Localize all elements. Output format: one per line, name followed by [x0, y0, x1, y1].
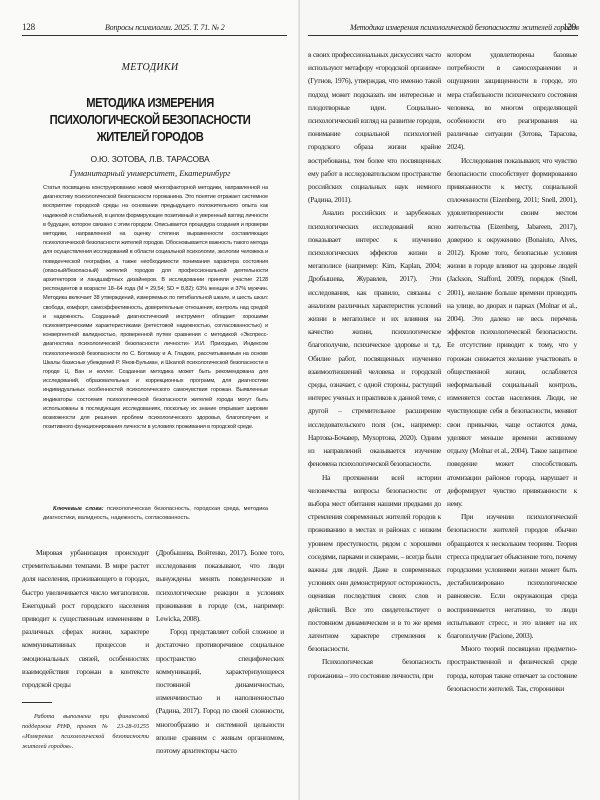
article-running-title: Методика измерения психологической безоп… [350, 23, 579, 32]
affiliation: Гуманитарный университет, Екатеринбург [0, 168, 300, 178]
page-number: 129 [563, 22, 576, 32]
footnote: Работа выполнена при финансовой поддержк… [22, 712, 149, 752]
paragraph: Исследования показывают, что чувство без… [447, 154, 577, 510]
keywords-label: Ключевые слова: [53, 506, 104, 512]
abstract: Статья посвящена конструированию новой м… [43, 184, 268, 432]
left-page: 128 Вопросы психологии. 2025. Т. 71. № 2… [0, 0, 300, 800]
running-head-right: Методика измерения психологической безоп… [308, 22, 578, 36]
paragraph: Анализ российских и зарубежных психологи… [308, 206, 441, 470]
article-title: МЕТОДИКА ИЗМЕРЕНИЯ ПСИХОЛОГИЧЕСКОЙ БЕЗОП… [38, 94, 262, 145]
authors: О.Ю. ЗОТОВА, Л.В. ТАРАСОВА [0, 154, 300, 164]
paragraph: Психологическая безопасность горожанина … [308, 655, 441, 681]
body-column-4: котором удовлетворены базовые потребност… [447, 48, 577, 695]
body-column-1: Мировая урбанизация происходит стремител… [22, 546, 149, 691]
paragraph: При изучении психологической безопасност… [447, 510, 577, 642]
paragraph: Город представляет собой сложное и доста… [156, 625, 284, 757]
running-head-left: 128 Вопросы психологии. 2025. Т. 71. № 2 [22, 22, 287, 36]
page-number: 128 [22, 22, 35, 32]
keywords: Ключевые слова: психологическая безопасн… [43, 505, 268, 523]
paragraph: Мировая урбанизация происходит стремител… [22, 546, 149, 691]
paragraph: в своих профессиональных дискуссиях част… [308, 48, 441, 206]
footnote-divider [22, 702, 52, 703]
paragraph: (Дробышева, Войтенко, 2017). Более того,… [156, 546, 284, 625]
right-page: Методика измерения психологической безоп… [300, 0, 600, 800]
body-column-3: в своих профессиональных дискуссиях част… [308, 48, 441, 682]
section-label: МЕТОДИКИ [0, 62, 300, 73]
body-column-2: (Дробышева, Войтенко, 2017). Более того,… [156, 546, 284, 757]
paragraph: Много теорий посвящено предметно-простра… [447, 642, 577, 695]
paragraph: На протяжении всей истории человечества … [308, 471, 441, 656]
paragraph: котором удовлетворены базовые потребност… [447, 48, 577, 154]
journal-citation: Вопросы психологии. 2025. Т. 71. № 2 [105, 23, 225, 32]
